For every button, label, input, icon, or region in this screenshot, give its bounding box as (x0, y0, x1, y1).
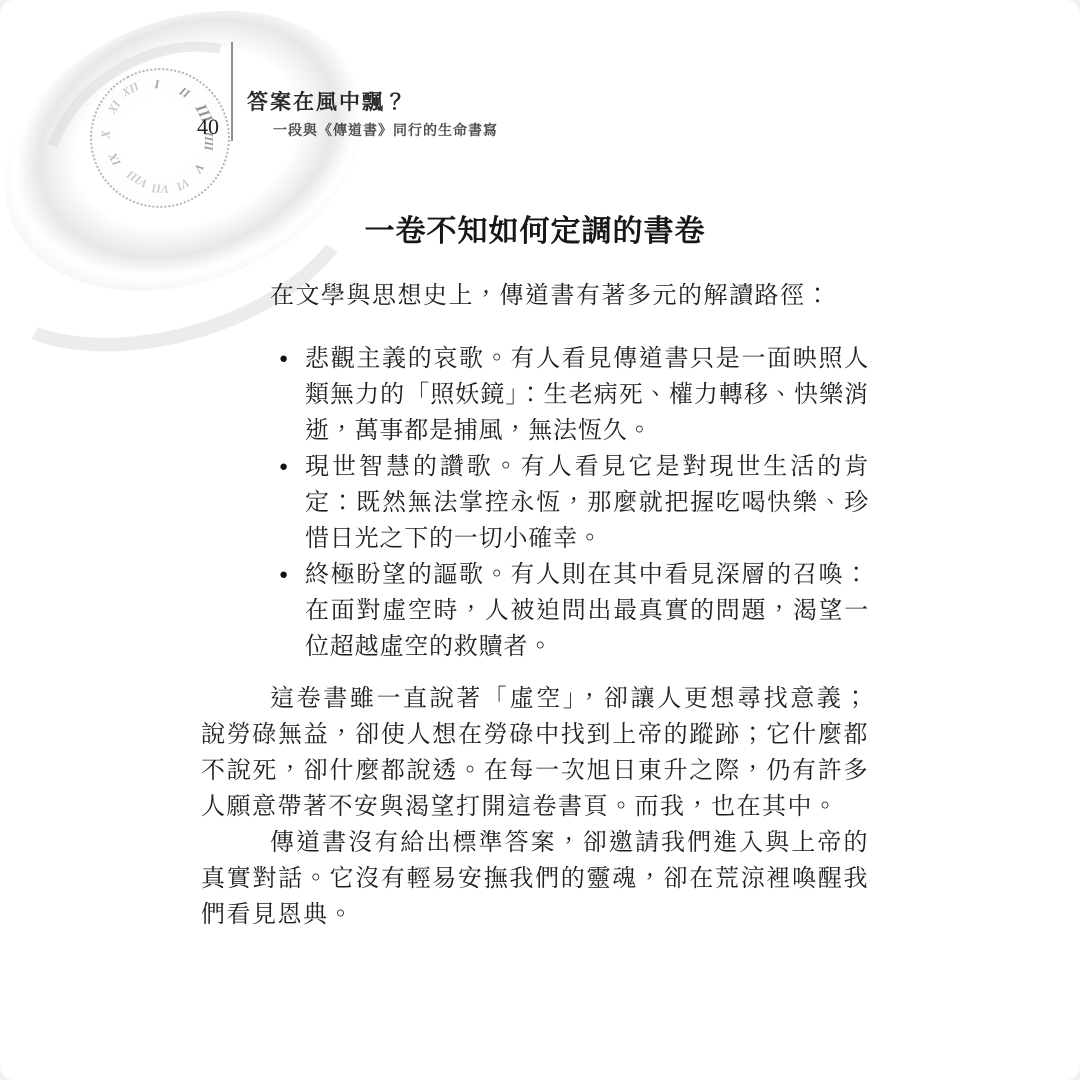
clock-numeral: XII (119, 79, 141, 100)
clock-numeral: II (176, 84, 192, 102)
clock-numeral: VI (174, 175, 192, 194)
clock-numeral: I (154, 77, 159, 92)
book-page: XII I II III IIII V VI VII VIII IX X XI … (0, 0, 1080, 1080)
bullet-icon: ● (279, 341, 288, 377)
intro-paragraph: 在文學與思想史上，傳道書有著多元的解讀路徑： (201, 278, 869, 314)
bullet-icon: ● (279, 449, 288, 485)
page-number: 40 (188, 114, 228, 140)
list-item-text: 悲觀主義的哀歌。有人看見傳道書只是一面映照人類無力的「照妖鏡」：生老病死、權力轉… (305, 346, 869, 444)
book-subtitle: 一段與《傳道書》同行的生命書寫 (273, 121, 498, 139)
list-item-text: 現世智慧的讚歌。有人看見它是對現世生活的肯定：既然無法掌控永恆，那麼就把握吃喝快… (305, 454, 869, 552)
clock-numeral: VIII (124, 167, 151, 191)
bullet-icon: ● (279, 557, 288, 593)
list-item-text: 終極盼望的謳歌。有人則在其中看見深層的召喚：在面對虛空時，人被迫問出最真實的問題… (305, 562, 869, 660)
interpretation-list: ● 悲觀主義的哀歌。有人看見傳道書只是一面映照人類無力的「照妖鏡」：生老病死、權… (201, 341, 869, 665)
body-paragraph: 傳道書沒有給出標準答案，卻邀請我們進入與上帝的真實對話。它沒有輕易安撫我們的靈魂… (201, 825, 869, 933)
section-title: 一卷不知如何定調的書卷 (201, 210, 869, 254)
list-item: ● 現世智慧的讚歌。有人看見它是對現世生活的肯定：既然無法掌控永恆，那麼就把握吃… (201, 449, 869, 557)
clock-numeral: X (98, 130, 113, 139)
clock-numeral: V (190, 161, 207, 176)
running-head: 答案在風中飄？ 一段與《傳道書》同行的生命書寫 (247, 90, 498, 139)
page-content: 一卷不知如何定調的書卷 在文學與思想史上，傳道書有著多元的解讀路徑： ● 悲觀主… (201, 210, 869, 933)
list-item: ● 悲觀主義的哀歌。有人看見傳道書只是一面映照人類無力的「照妖鏡」：生老病死、權… (201, 341, 869, 449)
clock-numeral: XI (105, 98, 124, 117)
book-title: 答案在風中飄？ (247, 90, 498, 116)
clock-numeral: IX (105, 150, 124, 168)
body-paragraph: 這卷書雖一直說著「虛空」，卻讓人更想尋找意義；說勞碌無益，卻使人想在勞碌中找到上… (201, 681, 869, 825)
header-divider (231, 42, 233, 141)
clock-numeral: VII (151, 180, 169, 196)
list-item: ● 終極盼望的謳歌。有人則在其中看見深層的召喚：在面對虛空時，人被迫問出最真實的… (201, 557, 869, 665)
